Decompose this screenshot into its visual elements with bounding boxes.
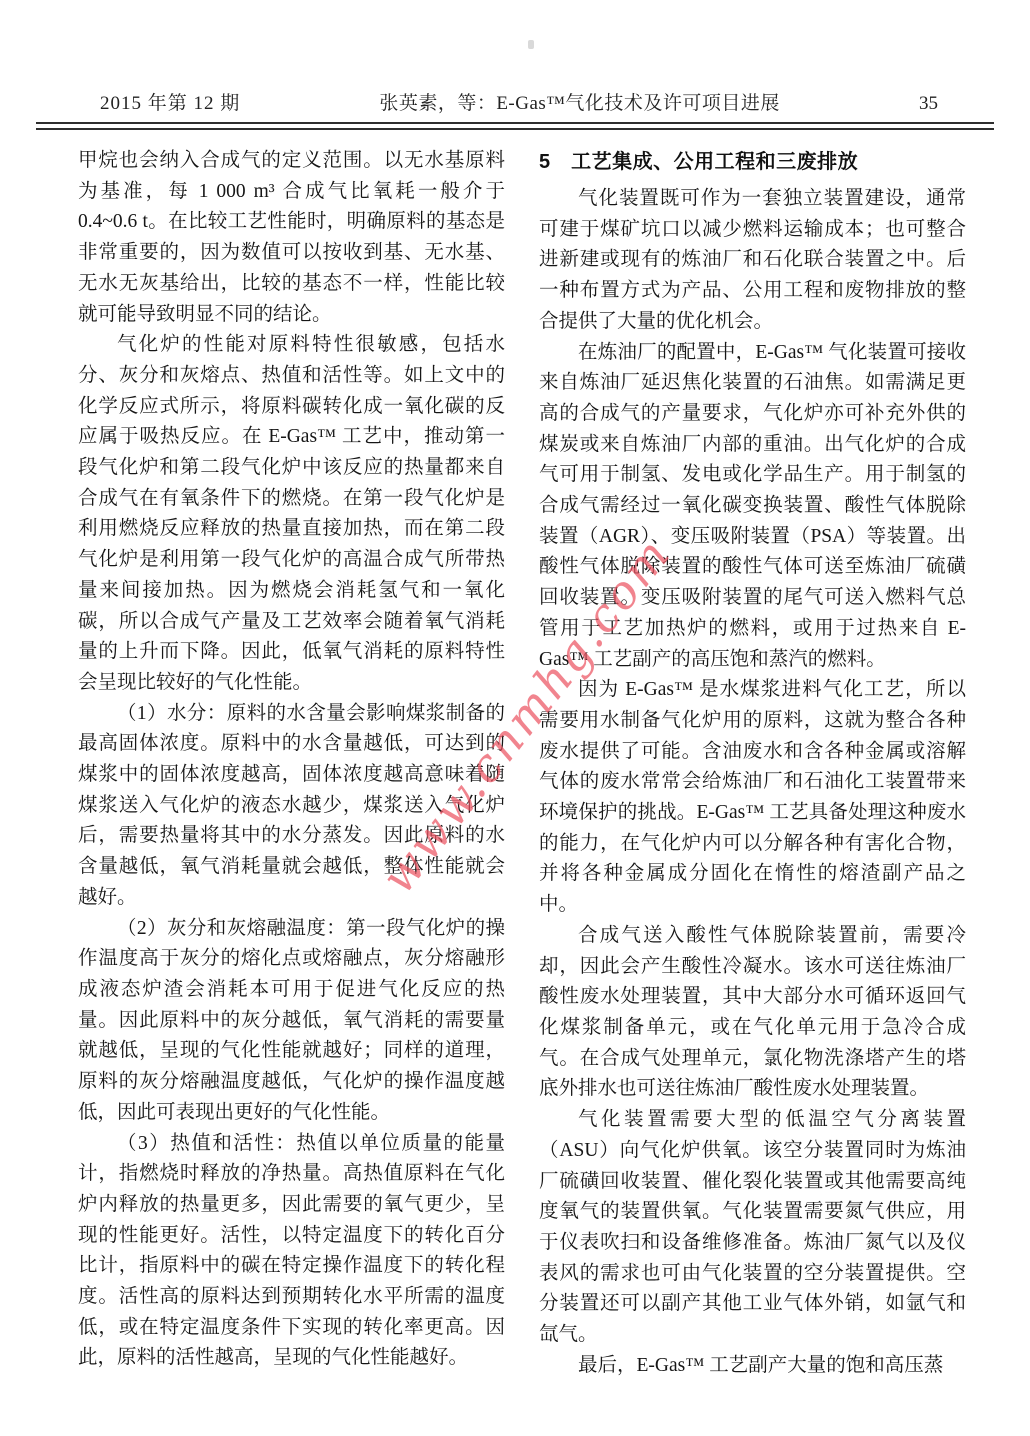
header-double-rule — [36, 122, 994, 130]
running-title: 张英素，等：E-Gas™气化技术及许可项目进展 — [379, 88, 780, 115]
body-paragraph: 在炼油厂的配置中，E-Gas™ 气化装置可接收来自炼油厂延迟焦化装置的石油焦。如… — [539, 338, 966, 676]
body-paragraph: 气化炉的性能对原料特性很敏感，包括水分、灰分和灰熔点、热值和活性等。如上文中的化… — [78, 330, 505, 698]
body-paragraph: 最后，E-Gas™ 工艺副产大量的饱和高压蒸 — [539, 1351, 966, 1382]
body-paragraph: 气化装置既可作为一套独立装置建设，通常可建于煤矿坑口以减少燃料运输成本；也可整合… — [539, 184, 966, 338]
left-column: 甲烷也会纳入合成气的定义范围。以无水基原料为基准，每 1 000 m³ 合成气比… — [78, 146, 505, 1381]
body-paragraph: （1）水分：原料的水含量会影响煤浆制备的最高固体浓度。原料中的水含量越低，可达到… — [78, 699, 505, 914]
two-column-body: 甲烷也会纳入合成气的定义范围。以无水基原料为基准，每 1 000 m³ 合成气比… — [0, 130, 1030, 1381]
journal-page: 2015 年第 12 期 张英素，等：E-Gas™气化技术及许可项目进展 35 … — [0, 0, 1030, 1436]
body-paragraph: （2）灰分和灰熔融温度：第一段气化炉的操作温度高于灰分的熔化点或熔融点，灰分熔融… — [78, 914, 505, 1129]
page-number: 35 — [919, 93, 938, 115]
body-paragraph: （3）热值和活性：热值以单位质量的能量计，指燃烧时释放的净热量。高热值原料在气化… — [78, 1129, 505, 1375]
scan-artifact — [528, 40, 534, 49]
page-header: 2015 年第 12 期 张英素，等：E-Gas™气化技术及许可项目进展 35 — [0, 0, 1030, 115]
journal-issue: 2015 年第 12 期 — [100, 88, 240, 115]
body-paragraph: 甲烷也会纳入合成气的定义范围。以无水基原料为基准，每 1 000 m³ 合成气比… — [78, 146, 505, 330]
body-paragraph: 气化装置需要大型的低温空气分离装置（ASU）向气化炉供氧。该空分装置同时为炼油厂… — [539, 1105, 966, 1351]
body-paragraph: 合成气送入酸性气体脱除装置前，需要冷却，因此会产生酸性冷凝水。该水可送往炼油厂酸… — [539, 921, 966, 1105]
section-heading: 5 工艺集成、公用工程和三废排放 — [539, 146, 966, 178]
right-column: 5 工艺集成、公用工程和三废排放 气化装置既可作为一套独立装置建设，通常可建于煤… — [539, 146, 966, 1381]
body-paragraph: 因为 E-Gas™ 是水煤浆进料气化工艺，所以需要用水制备气化炉用的原料，这就为… — [539, 675, 966, 921]
